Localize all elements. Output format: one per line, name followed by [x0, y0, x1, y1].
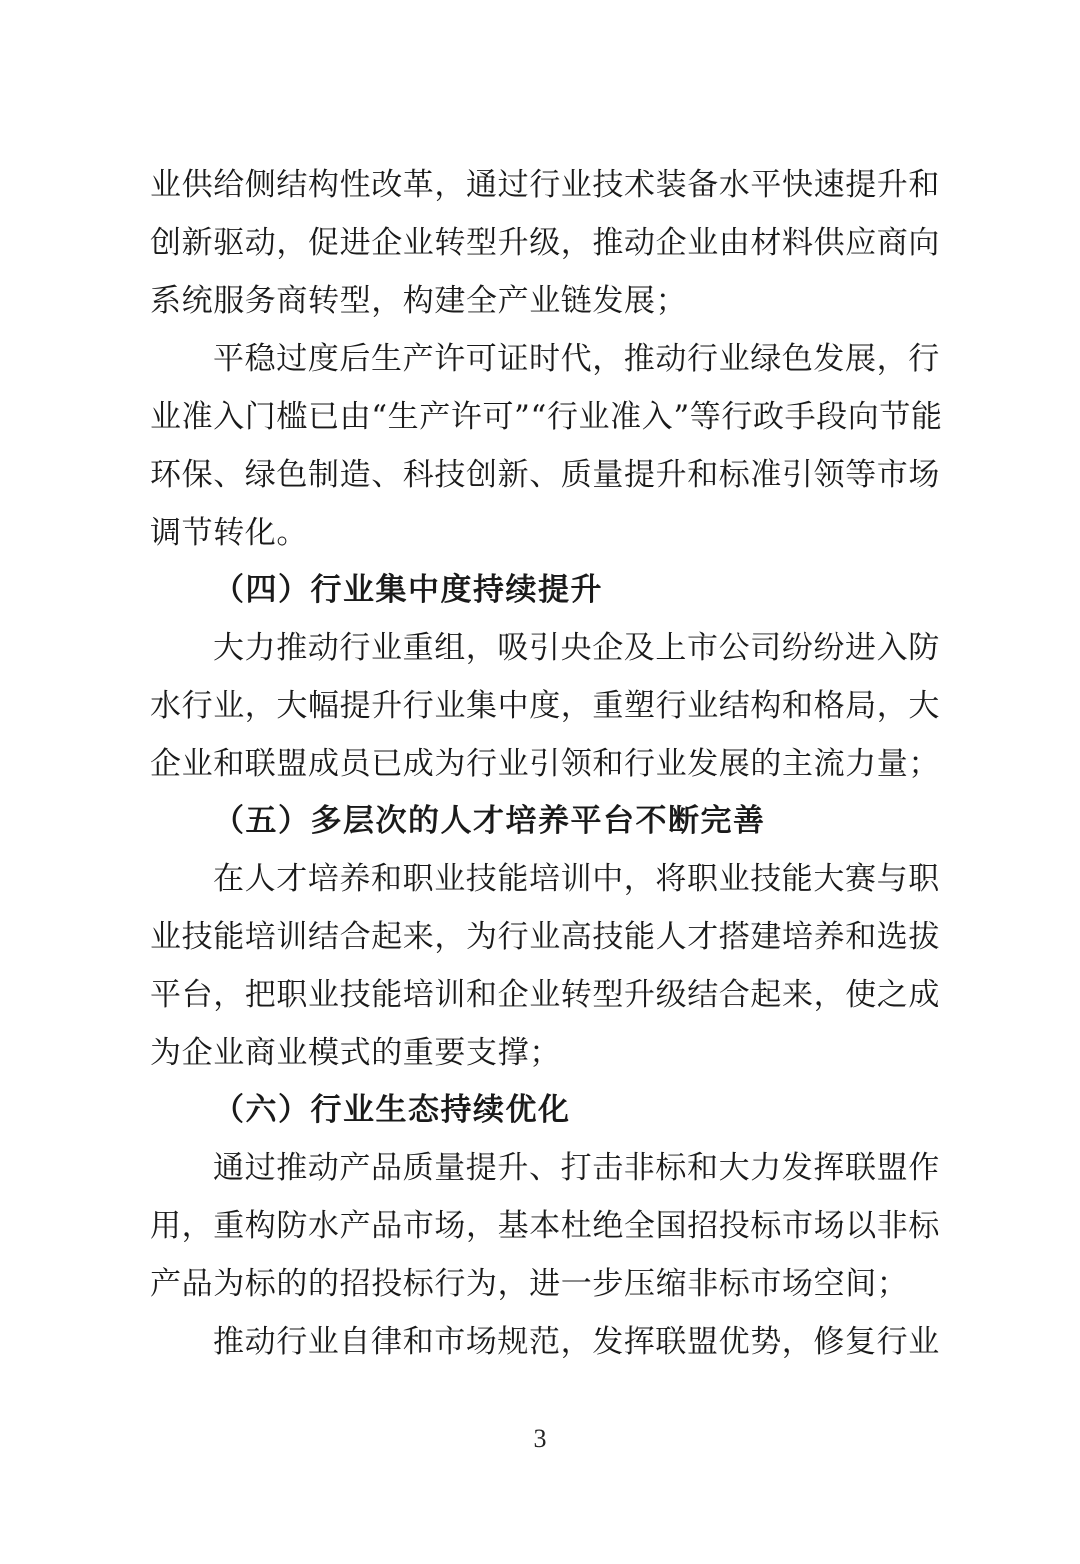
- paragraph-line: 平稳过度后生产许可证时代，推动行业绿色发展，行: [213, 339, 932, 379]
- paragraph-line: 通过推动产品质量提升、打击非标和大力发挥联盟作: [213, 1148, 932, 1188]
- paragraph-line: 企业和联盟成员已成为行业引领和行业发展的主流力量；: [150, 744, 932, 784]
- paragraph-line: 大力推动行业重组，吸引央企及上市公司纷纷进入防: [213, 628, 932, 668]
- paragraph-line: 水行业，大幅提升行业集中度，重塑行业结构和格局，大: [150, 686, 932, 726]
- paragraph-line: 业准入门槛已由“生产许可”“行业准入”等行政手段向节能: [150, 397, 932, 437]
- paragraph-line: 平台，把职业技能培训和企业转型升级结合起来，使之成: [150, 975, 932, 1015]
- section-heading-4: （四）行业集中度持续提升: [213, 570, 603, 610]
- paragraph-line: 业技能培训结合起来，为行业高技能人才搭建培养和选拔: [150, 917, 932, 957]
- paragraph-line: 产品为标的的招投标行为，进一步压缩非标市场空间；: [150, 1264, 932, 1304]
- paragraph-line: 用，重构防水产品市场，基本杜绝全国招投标市场以非标: [150, 1206, 932, 1246]
- section-heading-5: （五）多层次的人才培养平台不断完善: [213, 801, 766, 841]
- paragraph-line: 系统服务商转型，构建全产业链发展；: [150, 281, 932, 321]
- paragraph-line: 在人才培养和职业技能培训中，将职业技能大赛与职: [213, 859, 932, 899]
- page-number: 3: [0, 1424, 1080, 1454]
- paragraph-line: 调节转化。: [150, 513, 932, 553]
- paragraph-line: 推动行业自律和市场规范，发挥联盟优势，修复行业: [213, 1322, 932, 1362]
- section-heading-6: （六）行业生态持续优化: [213, 1090, 571, 1130]
- paragraph-line: 为企业商业模式的重要支撑；: [150, 1033, 932, 1073]
- paragraph-line: 环保、绿色制造、科技创新、质量提升和标准引领等市场: [150, 455, 932, 495]
- paragraph-line: 业供给侧结构性改革，通过行业技术装备水平快速提升和: [150, 165, 932, 205]
- paragraph-line: 创新驱动，促进企业转型升级，推动企业由材料供应商向: [150, 223, 932, 263]
